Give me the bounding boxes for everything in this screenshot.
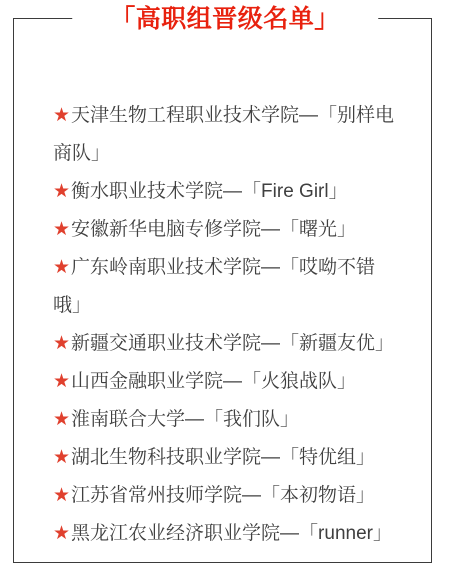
page-title: 「高职组晋级名单」 bbox=[72, 3, 378, 35]
list-item-text: 安徽新华电脑专修学院—「曙光」 bbox=[71, 219, 356, 240]
list-item: ★新疆交通职业技术学院—「新疆友优」 bbox=[53, 325, 399, 363]
list-item-text: 江苏省常州技师学院—「本初物语」 bbox=[71, 485, 375, 506]
list-item: ★淮南联合大学—「我们队」 bbox=[53, 401, 399, 439]
list-item-text: 新疆交通职业技术学院—「新疆友优」 bbox=[71, 333, 394, 354]
list-item-text: 湖北生物科技职业学院—「特优组」 bbox=[71, 447, 375, 468]
list-item-text: 山西金融职业学院—「火狼战队」 bbox=[71, 371, 356, 392]
star-icon: ★ bbox=[53, 447, 70, 468]
list-item: ★湖北生物科技职业学院—「特优组」 bbox=[53, 439, 399, 477]
list-item-text: 天津生物工程职业技术学院—「别样电商队」 bbox=[53, 105, 394, 164]
star-icon: ★ bbox=[53, 181, 70, 202]
list-item: ★安徽新华电脑专修学院—「曙光」 bbox=[53, 211, 399, 249]
list-item-text: 衡水职业技术学院—「Fire Girl」 bbox=[71, 181, 348, 202]
list-item: ★山西金融职业学院—「火狼战队」 bbox=[53, 363, 399, 401]
list-item: ★衡水职业技术学院—「Fire Girl」 bbox=[53, 173, 399, 211]
star-icon: ★ bbox=[53, 105, 70, 126]
list-item: ★江苏省常州技师学院—「本初物语」 bbox=[53, 477, 399, 515]
list-item: ★天津生物工程职业技术学院—「别样电商队」 bbox=[53, 97, 399, 173]
promotion-list-page: 「高职组晋级名单」 ★天津生物工程职业技术学院—「别样电商队」 ★衡水职业技术学… bbox=[0, 0, 450, 571]
team-list: ★天津生物工程职业技术学院—「别样电商队」 ★衡水职业技术学院—「Fire Gi… bbox=[53, 97, 399, 553]
star-icon: ★ bbox=[53, 409, 70, 430]
list-item: ★黑龙江农业经济职业学院—「runner」 bbox=[53, 515, 399, 553]
star-icon: ★ bbox=[53, 333, 70, 354]
star-icon: ★ bbox=[53, 523, 70, 544]
star-icon: ★ bbox=[53, 371, 70, 392]
list-item-text: 黑龙江农业经济职业学院—「runner」 bbox=[71, 523, 392, 544]
list-item-text: 淮南联合大学—「我们队」 bbox=[71, 409, 299, 430]
star-icon: ★ bbox=[53, 257, 70, 278]
list-item: ★广东岭南职业技术学院—「哎呦不错哦」 bbox=[53, 249, 399, 325]
list-item-text: 广东岭南职业技术学院—「哎呦不错哦」 bbox=[53, 257, 375, 316]
star-icon: ★ bbox=[53, 485, 70, 506]
star-icon: ★ bbox=[53, 219, 70, 240]
